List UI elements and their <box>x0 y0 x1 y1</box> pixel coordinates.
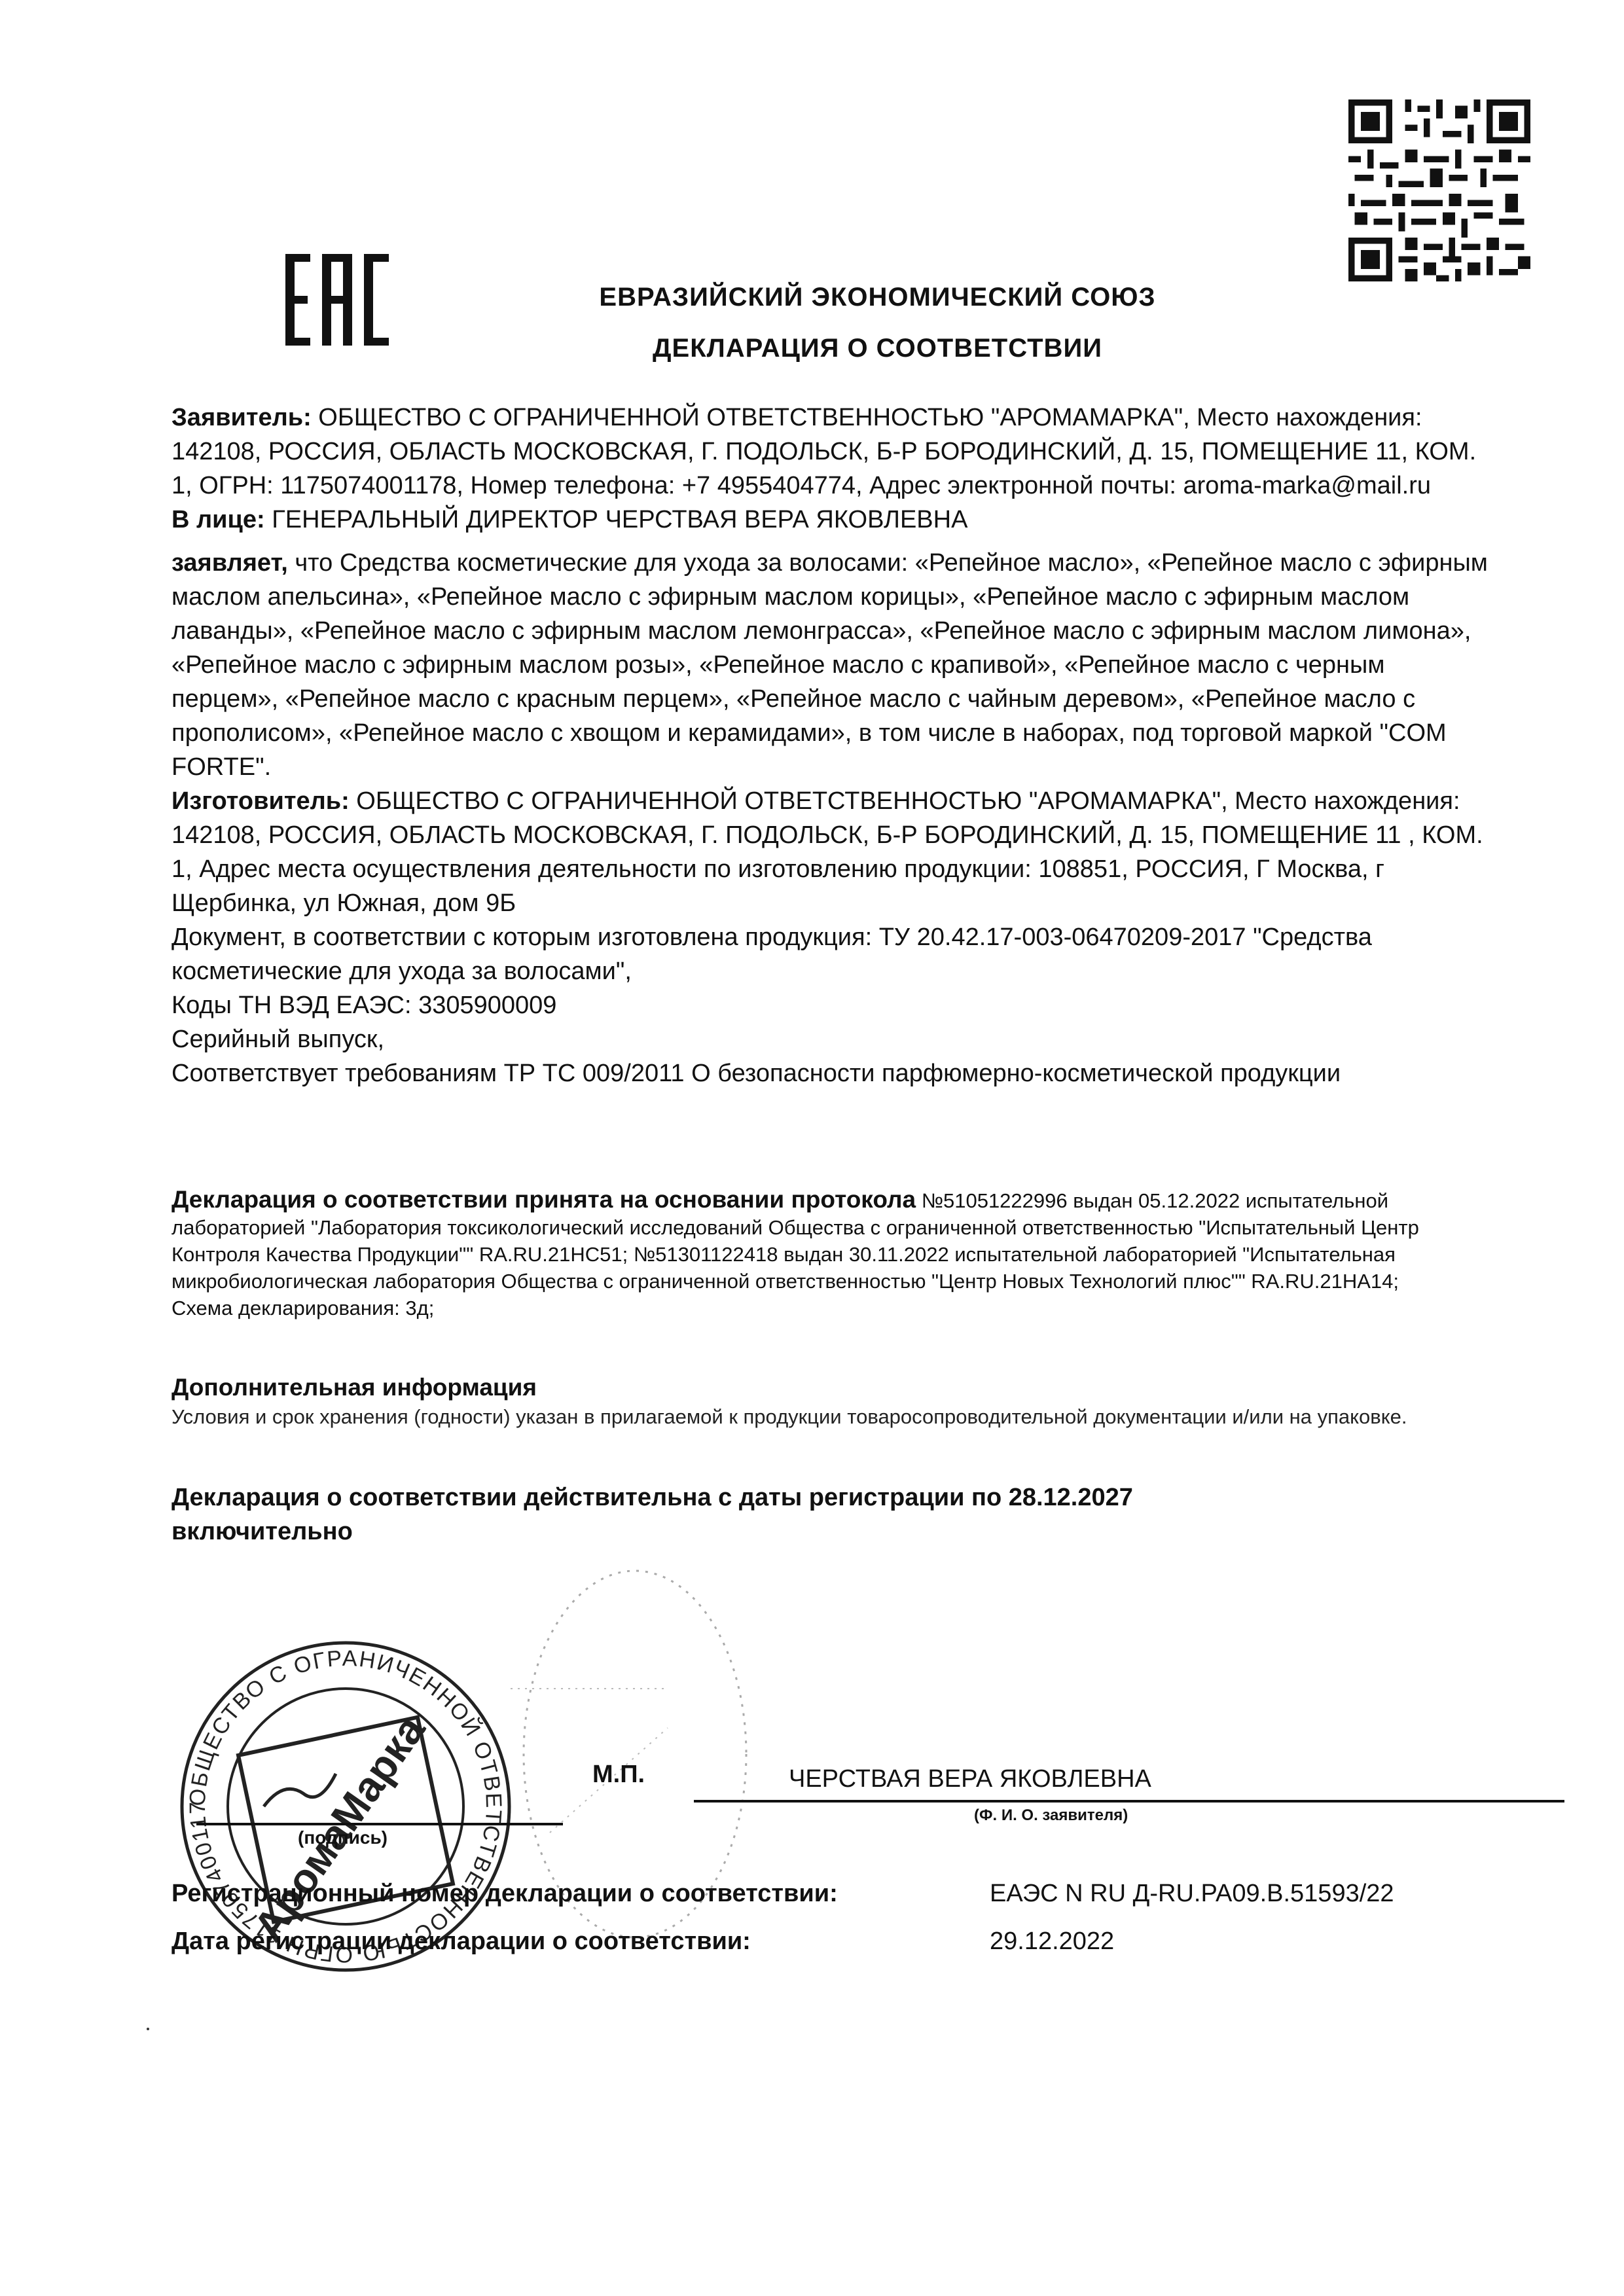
signer-name: ЧЕРСТВАЯ ВЕРА ЯКОВЛЕВНА <box>789 1765 1151 1793</box>
manufacturer-block: Изготовитель: ОБЩЕСТВО С ОГРАНИЧЕННОЙ ОТ… <box>171 784 1494 920</box>
represented-by-text: ГЕНЕРАЛЬНЫЙ ДИРЕКТОР ЧЕРСТВАЯ ВЕРА ЯКОВЛ… <box>265 506 968 533</box>
protocol-paragraph: Декларация о соответствии принята на осн… <box>171 1186 1494 1295</box>
represented-by-label: В лице: <box>171 506 265 533</box>
additional-info-section: Дополнительная информация Условия и срок… <box>171 1372 1494 1430</box>
scheme-line: Схема декларирования: 3д; <box>171 1295 1494 1321</box>
declares-text: что Средства косметические для ухода за … <box>171 549 1488 781</box>
registration-date-value: 29.12.2022 <box>990 1928 1114 1956</box>
signature-line <box>196 1823 563 1825</box>
applicant-block: Заявитель: ОБЩЕСТВО С ОГРАНИЧЕННОЙ ОТВЕТ… <box>171 401 1494 503</box>
applicant-label: Заявитель: <box>171 404 312 431</box>
serial-line: Серийный выпуск, <box>171 1022 1494 1056</box>
registration-number-label: Регистрационный номер декларации о соотв… <box>171 1880 838 1908</box>
additional-info-text: Условия и срок хранения (годности) указа… <box>171 1403 1494 1430</box>
scan-speck <box>147 2028 149 2030</box>
fio-caption: (Ф. И. О. заявителя) <box>974 1806 1128 1825</box>
applicant-text: ОБЩЕСТВО С ОГРАНИЧЕННОЙ ОТВЕТСТВЕННОСТЬЮ… <box>171 404 1476 499</box>
codes-line: Коды ТН ВЭД ЕАЭС: 3305900009 <box>171 988 1494 1022</box>
name-line <box>694 1800 1564 1803</box>
stamp-place-label: М.П. <box>592 1761 645 1789</box>
represented-by-block: В лице: ГЕНЕРАЛЬНЫЙ ДИРЕКТОР ЧЕРСТВАЯ ВЕ… <box>171 503 1494 537</box>
document-title: ДЕКЛАРАЦИЯ О СООТВЕТСТВИИ <box>0 334 1624 363</box>
declaration-body: Заявитель: ОБЩЕСТВО С ОГРАНИЧЕННОЙ ОТВЕТ… <box>171 401 1494 1090</box>
declares-label: заявляет, <box>171 549 288 577</box>
protocol-heading: Декларация о соответствии принята на осн… <box>171 1186 916 1213</box>
qr-code-icon <box>1348 99 1530 281</box>
union-title: ЕВРАЗИЙСКИЙ ЭКОНОМИЧЕСКИЙ СОЮЗ <box>0 283 1624 312</box>
company-stamp: ОБЩЕСТВО С ОГРАНИЧЕННОЙ ОТВЕТСТВЕННОСТЬЮ… <box>175 1636 516 1977</box>
validity-statement: Декларация о соответствии действительна … <box>171 1480 1284 1549</box>
protocol-section: Декларация о соответствии принята на осн… <box>171 1186 1494 1321</box>
signature-caption: (подпись) <box>298 1827 388 1848</box>
additional-info-heading: Дополнительная информация <box>171 1372 1494 1403</box>
complies-line: Соответствует требованиям ТР ТС 009/2011… <box>171 1056 1494 1090</box>
registration-number-value: ЕАЭС N RU Д-RU.PA09.B.51593/22 <box>990 1880 1394 1908</box>
registration-date-label: Дата регистрации декларации о соответств… <box>171 1928 751 1956</box>
manufacturer-text: ОБЩЕСТВО С ОГРАНИЧЕННОЙ ОТВЕТСТВЕННОСТЬЮ… <box>171 787 1483 917</box>
declares-block: заявляет, что Средства косметические для… <box>171 546 1494 784</box>
manufacturer-label: Изготовитель: <box>171 787 350 815</box>
document-line: Документ, в соответствии с которым изгот… <box>171 920 1494 988</box>
